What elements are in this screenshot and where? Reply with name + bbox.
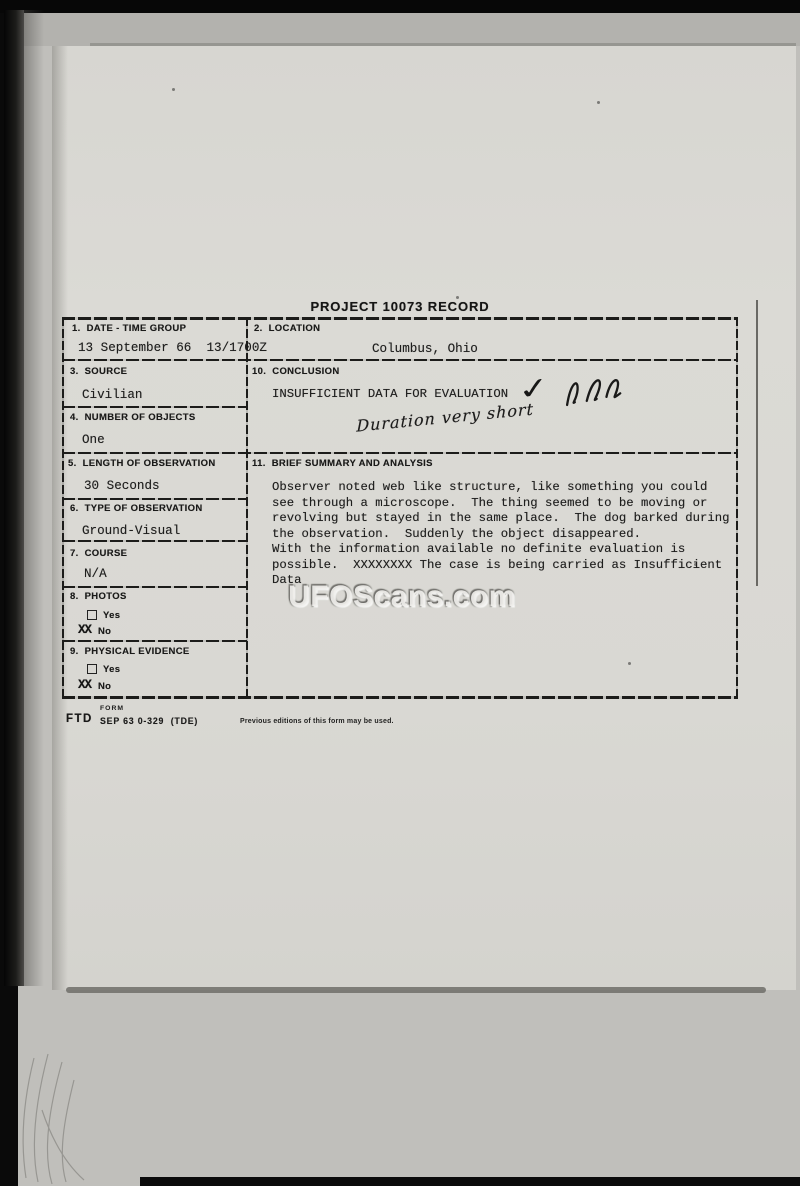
column-divider xyxy=(246,317,248,698)
handwritten-initials-scribble xyxy=(560,372,630,414)
photos-no-row: XX No xyxy=(78,623,111,637)
field-number-of-objects-label: 4. NUMBER OF OBJECTS xyxy=(70,412,196,423)
field-source-value: Civilian xyxy=(82,388,142,402)
summary-line: With the information available no defini… xyxy=(272,542,730,558)
photos-no-label: No xyxy=(98,626,111,637)
field-conclusion-label: 10. CONCLUSION xyxy=(252,366,340,377)
scan-artifact xyxy=(597,101,600,104)
checkbox-x-mark: XX xyxy=(78,623,91,637)
left-col-divider xyxy=(62,498,247,500)
table-border-left xyxy=(62,317,64,698)
left-col-divider xyxy=(62,406,247,408)
page-left-shadow xyxy=(52,46,68,990)
field-source-label: 3. SOURCE xyxy=(70,366,127,377)
scan-scratch-marks xyxy=(12,1050,152,1186)
watermark: UFOScans.com xyxy=(252,580,552,614)
summary-line: see through a microscope. The thing seem… xyxy=(272,496,730,512)
scanner-strip-fade xyxy=(24,10,44,986)
summary-line: the observation. Suddenly the object dis… xyxy=(272,527,730,543)
field-course-value: N/A xyxy=(84,567,107,581)
table-border-top xyxy=(62,317,738,320)
summary-line: revolving but stayed in the same place. … xyxy=(272,511,730,527)
left-col-divider xyxy=(62,586,247,588)
field-type-of-observation-label: 6. TYPE OF OBSERVATION xyxy=(70,503,203,514)
summary-line: Observer noted web like structure, like … xyxy=(272,480,730,496)
summary-line: possible. XXXXXXXX The case is being car… xyxy=(272,558,730,574)
field-length-of-observation-label: 5. LENGTH OF OBSERVATION xyxy=(68,458,216,469)
table-border-right xyxy=(736,317,738,698)
scan-artifact xyxy=(628,662,631,665)
footer-note: Previous editions of this form may be us… xyxy=(240,718,394,725)
field-conclusion-value: INSUFFICIENT DATA FOR EVALUATION xyxy=(272,387,508,401)
checkbox-yes-icon xyxy=(87,664,97,674)
checkbox-x-mark: XX xyxy=(78,678,91,692)
footer-form-word: FORM xyxy=(100,705,124,712)
field-physical-evidence-label: 9. PHYSICAL EVIDENCE xyxy=(70,646,190,657)
field-number-of-objects-value: One xyxy=(82,433,105,447)
scanned-document-canvas: PROJECT 10073 RECORD 1. DATE - TIME GROU… xyxy=(0,0,800,1186)
footer-form-number: SEP 63 0-329 (TDE) xyxy=(100,716,198,726)
page-bottom-edge xyxy=(66,987,766,993)
field-summary-label: 11. BRIEF SUMMARY AND ANALYSIS xyxy=(252,458,433,469)
field-location-value: Columbus, Ohio xyxy=(372,342,478,356)
field-location-label: 2. LOCATION xyxy=(254,323,320,334)
row-divider xyxy=(62,359,738,361)
page-top-edge xyxy=(90,43,796,46)
field-course-label: 7. COURSE xyxy=(70,548,127,559)
scan-artifact xyxy=(172,88,175,91)
checkbox-yes-icon xyxy=(87,610,97,620)
field-date-time-group-value: 13 September 66 13/1700Z xyxy=(78,341,267,355)
form-title: PROJECT 10073 RECORD xyxy=(62,299,738,314)
photos-yes-label: Yes xyxy=(103,610,120,621)
footer-form-id: FTD xyxy=(66,713,93,725)
field-photos-label: 8. PHOTOS xyxy=(70,591,127,602)
scanner-black-strip-left xyxy=(4,10,24,986)
scanner-black-band-bottom xyxy=(140,1177,800,1186)
field-length-of-observation-value: 30 Seconds xyxy=(84,479,160,493)
physical-evidence-yes-row: Yes xyxy=(87,664,120,675)
left-col-divider xyxy=(62,640,247,642)
table-border-bottom xyxy=(62,696,738,699)
summary-text-block: Observer noted web like structure, like … xyxy=(272,480,730,589)
left-col-divider xyxy=(62,540,247,542)
backing-sheet-top xyxy=(18,13,800,46)
photos-yes-row: Yes xyxy=(87,610,120,621)
physical-evidence-yes-label: Yes xyxy=(103,664,120,675)
field-type-of-observation-value: Ground-Visual xyxy=(82,524,180,538)
scan-crease-line xyxy=(756,300,758,586)
scanner-black-band-top xyxy=(0,0,800,13)
field-date-time-group-label: 1. DATE - TIME GROUP xyxy=(72,323,186,334)
row-divider xyxy=(62,452,738,454)
physical-evidence-no-row: XX No xyxy=(78,678,111,692)
physical-evidence-no-label: No xyxy=(98,681,111,692)
